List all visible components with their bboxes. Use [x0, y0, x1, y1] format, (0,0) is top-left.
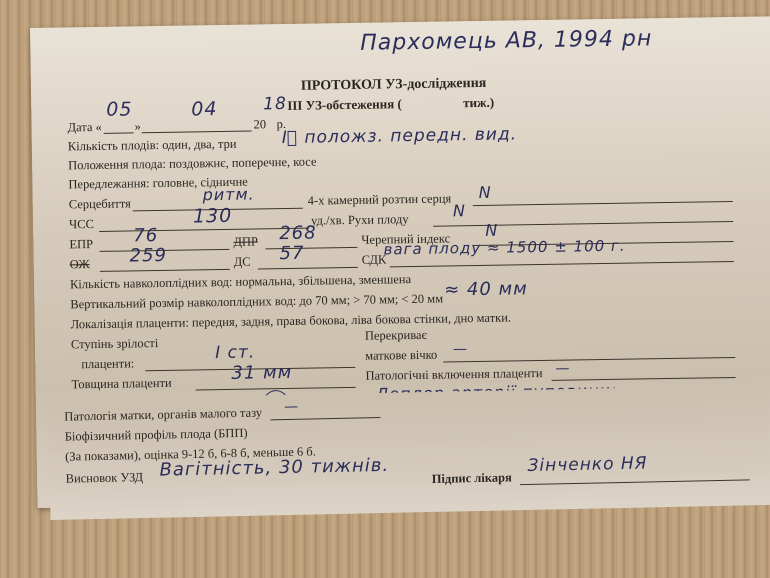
heartbeat-value: ритм. — [202, 184, 254, 204]
cord-answer-circle — [264, 390, 288, 412]
placenta-inclusions-value: — — [555, 361, 570, 377]
pathology-changes-value: — — [196, 425, 211, 441]
placenta-maturity-value: I ст. — [215, 343, 255, 364]
form-title: ПРОТОКОЛ УЗ-дослідження — [301, 76, 487, 95]
covers-label: Перекриває — [365, 328, 427, 344]
four-chamber-label: 4-х камерний розтин серця — [308, 191, 452, 208]
exam-number: III УЗ-обстеження ( — [287, 96, 402, 114]
dpr-label: ДПР — [233, 234, 258, 249]
epr-value: 76 — [133, 225, 158, 246]
amniotic-amount-label: Кількість навколоплідних вод: нормальна,… — [70, 272, 411, 292]
placenta-maturity-label: Ступінь зрілості — [71, 336, 159, 352]
amniotic-vertical-label: Вертикальний розмір навколоплідних вод: … — [70, 292, 443, 313]
vessels-answer-circle — [158, 411, 176, 435]
date-year: 18 — [263, 94, 287, 114]
placenta-thickness-value: 31 мм — [231, 362, 292, 384]
patient-name-handwritten: Пархомець АВ, 1994 рн — [360, 26, 652, 56]
ultrasound-protocol-form: Пархомець АВ, 1994 рн ПРОТОКОЛ УЗ-дослід… — [30, 16, 770, 508]
fetus-count-value: Ⅰ⃰ положз. передн. вид. — [282, 124, 518, 148]
placenta-inclusions-label: Патологічні включення плаценти — [365, 366, 542, 384]
doppler-line-1: Доплер артерії пуповини: — [376, 381, 618, 404]
position-label: Положення плода: поздовжнє, поперечне, к… — [68, 155, 317, 174]
doppler-line-4: СД=1,5; ІР=0,4; ПІ=0,5; — [383, 447, 604, 469]
ds-label: ДС — [234, 255, 251, 270]
fetus-count-label: Кількість плодів: один, два, три — [68, 137, 237, 155]
cord-label: Пуповина: в ділянці шиї плода: так, ні — [72, 394, 277, 412]
vvr-label: Або (ВВР) — [73, 476, 129, 492]
date-month: 04 — [191, 98, 218, 120]
oj-label: ОЖ — [70, 257, 90, 272]
internal-organs-label: Патологія внутрішніх органів плода — [73, 454, 265, 472]
date-day: 05 — [106, 98, 133, 120]
placenta-thickness-label: Товщина плаценти — [71, 376, 171, 393]
dpr-value: 268 — [279, 223, 317, 245]
oj-value: 259 — [129, 245, 167, 267]
date-mid: » — [134, 119, 140, 134]
doppler-line-6: СД=1,6; ІР=0,55; ПІ=0,84 – N. — [407, 486, 684, 509]
epr-label: ЕПР — [69, 237, 93, 252]
covers-value: — — [453, 341, 468, 357]
sdk-value: вага плоду ≈ 1500 ± 100 г. — [383, 237, 625, 259]
vessels-label: Кількість судин: 3, 2, не візуалізуються — [72, 414, 281, 432]
heartbeat-label: Серцебиття — [69, 196, 131, 212]
doppler-line-5: Ліва маткова артерія: — [389, 467, 595, 489]
movement-value: N — [453, 201, 466, 220]
placenta-location-label: Локалізація плаценти: передня, задня, пр… — [71, 310, 512, 332]
doppler-line-2: СД=2,3; ІР=0,57; ПІ=0,87 – N. — [376, 402, 653, 425]
amniotic-vertical-value: ≈ 40 мм — [444, 278, 528, 300]
hr-unit-movement-label: уд./хв. Рухи плоду — [311, 212, 409, 229]
pathology-changes-label: Патологічні зміни — [72, 436, 168, 453]
hr-label: ЧСС — [69, 217, 94, 232]
cephalic-index-value: N — [485, 221, 498, 240]
four-chamber-value: N — [478, 183, 491, 202]
date-year-prefix: 20 — [253, 117, 266, 132]
doppler-line-3: Права маткова артерія: — [382, 425, 604, 447]
covers-label-2: маткове вічко — [365, 348, 437, 364]
placenta-maturity-label-2: плаценти: — [81, 356, 134, 372]
hr-value: 130 — [193, 205, 233, 228]
date-label: Дата « — [67, 120, 102, 136]
weeks-label: тиж.) — [463, 95, 494, 111]
ds-value: 57 — [279, 243, 304, 264]
